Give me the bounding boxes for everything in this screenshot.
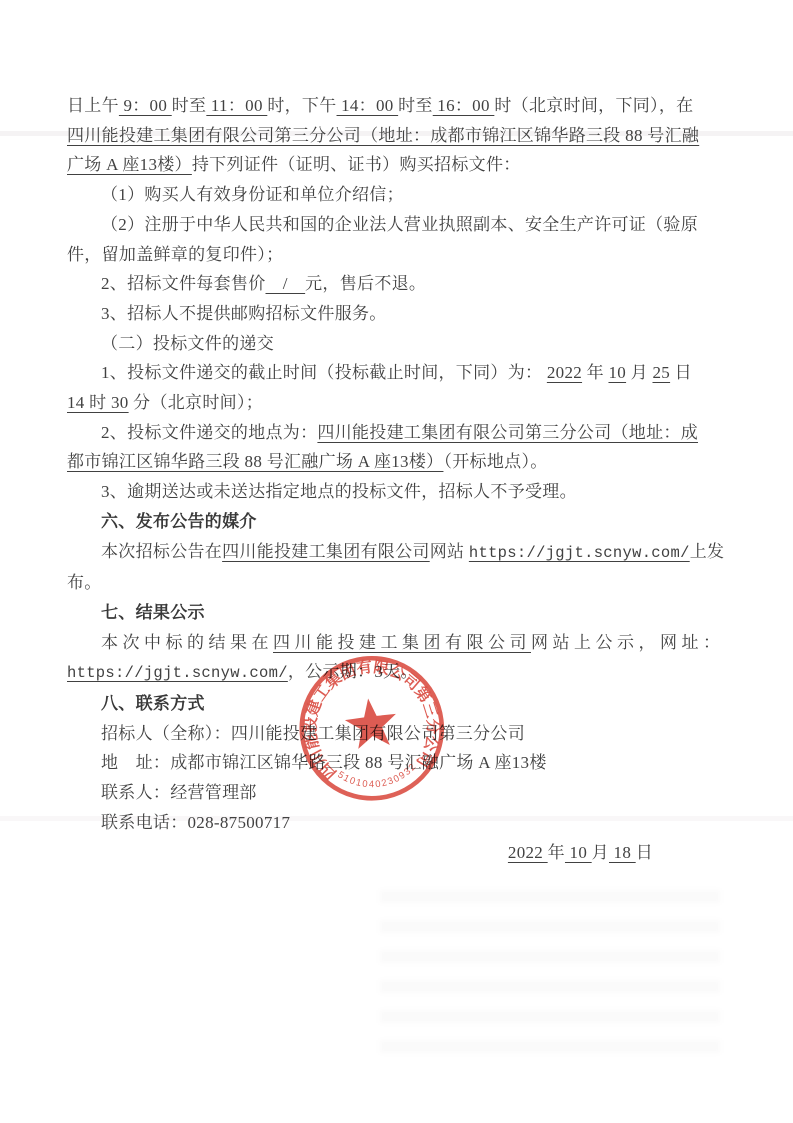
submission-deadline-line-2: 14 时 30 分（北京时间）； [67, 388, 733, 418]
underlined-text-run: 14：00 [337, 96, 399, 115]
text-run: 1、投标文件递交的截止时间（投标截止时间，下同）为： [101, 363, 547, 382]
underlined-text-run: 四川能投建工集团有限公司 [273, 633, 531, 652]
underlined-text-run: 广场 A 座13楼） [67, 155, 192, 174]
date-line: 2022 年 10 月 18 日 [67, 838, 733, 868]
text-run: 时至 [172, 96, 207, 115]
underlined-text-run: https://jgjt.scnyw.com/ [67, 664, 288, 682]
purchase-address-line-1: 四川能投建工集团有限公司第三分公司（地址：成都市锦江区锦华路三段 88 号汇融 [67, 121, 733, 151]
section-6-heading: 六、发布公告的媒介 [67, 507, 733, 537]
underlined-text-run: https://jgjt.scnyw.com/ [469, 544, 690, 562]
text-run: （二）投标文件的递交 [101, 334, 274, 353]
text-run: 2、招标文件每套售价 [101, 274, 266, 293]
late-submission-line: 3、逾期送达或未送达指定地点的投标文件，招标人不予受理。 [67, 477, 733, 507]
text-run: 网站 [430, 542, 469, 561]
text-run: 元，售后不退。 [305, 274, 426, 293]
text-run: 布。 [67, 573, 102, 592]
text-run: 时至 [398, 96, 433, 115]
text-run: 月 [626, 363, 652, 382]
underlined-text-run: 16：00 [433, 96, 495, 115]
credential-item-2-line-2: 件，留加盖鲜章的复印件）； [67, 240, 733, 270]
contact-phone-line: 联系电话：028-87500717 [67, 808, 733, 838]
scanned-document-page: 日上午 9：00 时至 11：00 时，下午 14：00 时至 16：00 时（… [0, 0, 793, 1123]
text-run: 联系人：经营管理部 [101, 783, 257, 802]
underlined-text-run: 10 [565, 843, 592, 862]
text-run: 2、投标文件递交的地点为： [101, 423, 317, 442]
text-run: （2）注册于中华人民共和国的企业法人营业执照副本、安全生产许可证（验原 [101, 215, 698, 234]
text-run: 3、招标人不提供邮购招标文件服务。 [101, 304, 387, 323]
announcement-media-line-1: 本次招标公告在四川能投建工集团有限公司网站 https://jgjt.scnyw… [67, 537, 733, 569]
subsection-2-heading: （二）投标文件的递交 [67, 329, 733, 359]
text-run: 件，留加盖鲜章的复印件）； [67, 245, 283, 264]
text-run: 3、逾期送达或未送达指定地点的投标文件，招标人不予受理。 [101, 482, 577, 501]
announcement-media-line-2: 布。 [67, 568, 733, 598]
text-run: 七、结果公示 [101, 603, 205, 622]
text-run: 持下列证件（证明、证书）购买招标文件： [192, 155, 521, 174]
text-run: 上发 [690, 542, 725, 561]
company-seal: 四川能投建工集团有限公司第三分公司 5101040230932 [296, 651, 452, 809]
text-run: 时，下午 [267, 96, 336, 115]
purchase-address-line-2: 广场 A 座13楼）持下列证件（证明、证书）购买招标文件： [67, 150, 733, 180]
bleed-through-artifact [380, 890, 720, 1070]
underlined-text-run: 四川能投建工集团有限公司第三分公司（地址：成都市锦江区锦华路三段 88 号汇融 [67, 126, 699, 145]
underlined-text-run: 9：00 [119, 96, 172, 115]
text-run: （开标地点）。 [443, 452, 547, 471]
text-run: 本次中标的结果在 [101, 633, 273, 652]
credential-item-2-line-1: （2）注册于中华人民共和国的企业法人营业执照副本、安全生产许可证（验原 [67, 210, 733, 240]
underlined-text-run: 18 [609, 843, 636, 862]
underlined-text-run: 10 [608, 363, 626, 382]
underlined-text-run: 四川能投建工集团有限公司 [222, 542, 430, 561]
text-run: 日 [670, 363, 692, 382]
text-run: 网站上公示，网址： [531, 633, 725, 652]
underlined-text-run: 四川能投建工集团有限公司第三分公司（地址：成 [317, 423, 698, 442]
underlined-text-run: 14 时 30 [67, 393, 129, 412]
submission-deadline-line-1: 1、投标文件递交的截止时间（投标截止时间，下同）为： 2022 年 10 月 2… [67, 358, 733, 388]
text-run: 本次招标公告在 [101, 542, 222, 561]
text-run: 八、联系方式 [101, 694, 205, 713]
text-run: 月 [592, 843, 609, 862]
text-run: 年 [548, 843, 565, 862]
underlined-text-run: 2022 [508, 843, 548, 862]
text-run: 时（北京时间，下同），在 [494, 96, 693, 115]
underlined-text-run: 都市锦江区锦华路三段 88 号汇融广场 A 座13楼） [67, 452, 443, 471]
text-run: 分（北京时间）； [129, 393, 263, 412]
document-price-line: 2、招标文件每套售价 / 元，售后不退。 [67, 269, 733, 299]
text-run: 年 [582, 363, 608, 382]
underlined-text-run: / [266, 274, 306, 293]
text-run: 六、发布公告的媒介 [101, 512, 257, 531]
underlined-text-run: 2022 [547, 363, 582, 382]
section-7-heading: 七、结果公示 [67, 598, 733, 628]
submission-place-line-1: 2、投标文件递交的地点为：四川能投建工集团有限公司第三分公司（地址：成 [67, 418, 733, 448]
submission-place-line-2: 都市锦江区锦华路三段 88 号汇融广场 A 座13楼）（开标地点）。 [67, 447, 733, 477]
text-run: 日 [636, 843, 653, 862]
underlined-text-run: 11：00 [206, 96, 267, 115]
seal-star-icon [343, 695, 400, 750]
text-run: 联系电话：028-87500717 [101, 813, 290, 832]
purchase-time-line: 日上午 9：00 时至 11：00 时，下午 14：00 时至 16：00 时（… [67, 91, 733, 121]
no-mail-order-line: 3、招标人不提供邮购招标文件服务。 [67, 299, 733, 329]
underlined-text-run: 25 [652, 363, 670, 382]
credential-item-1: （1）购买人有效身份证和单位介绍信； [67, 180, 733, 210]
text-run: （1）购买人有效身份证和单位介绍信； [101, 185, 404, 204]
text-run: 日上午 [67, 96, 119, 115]
